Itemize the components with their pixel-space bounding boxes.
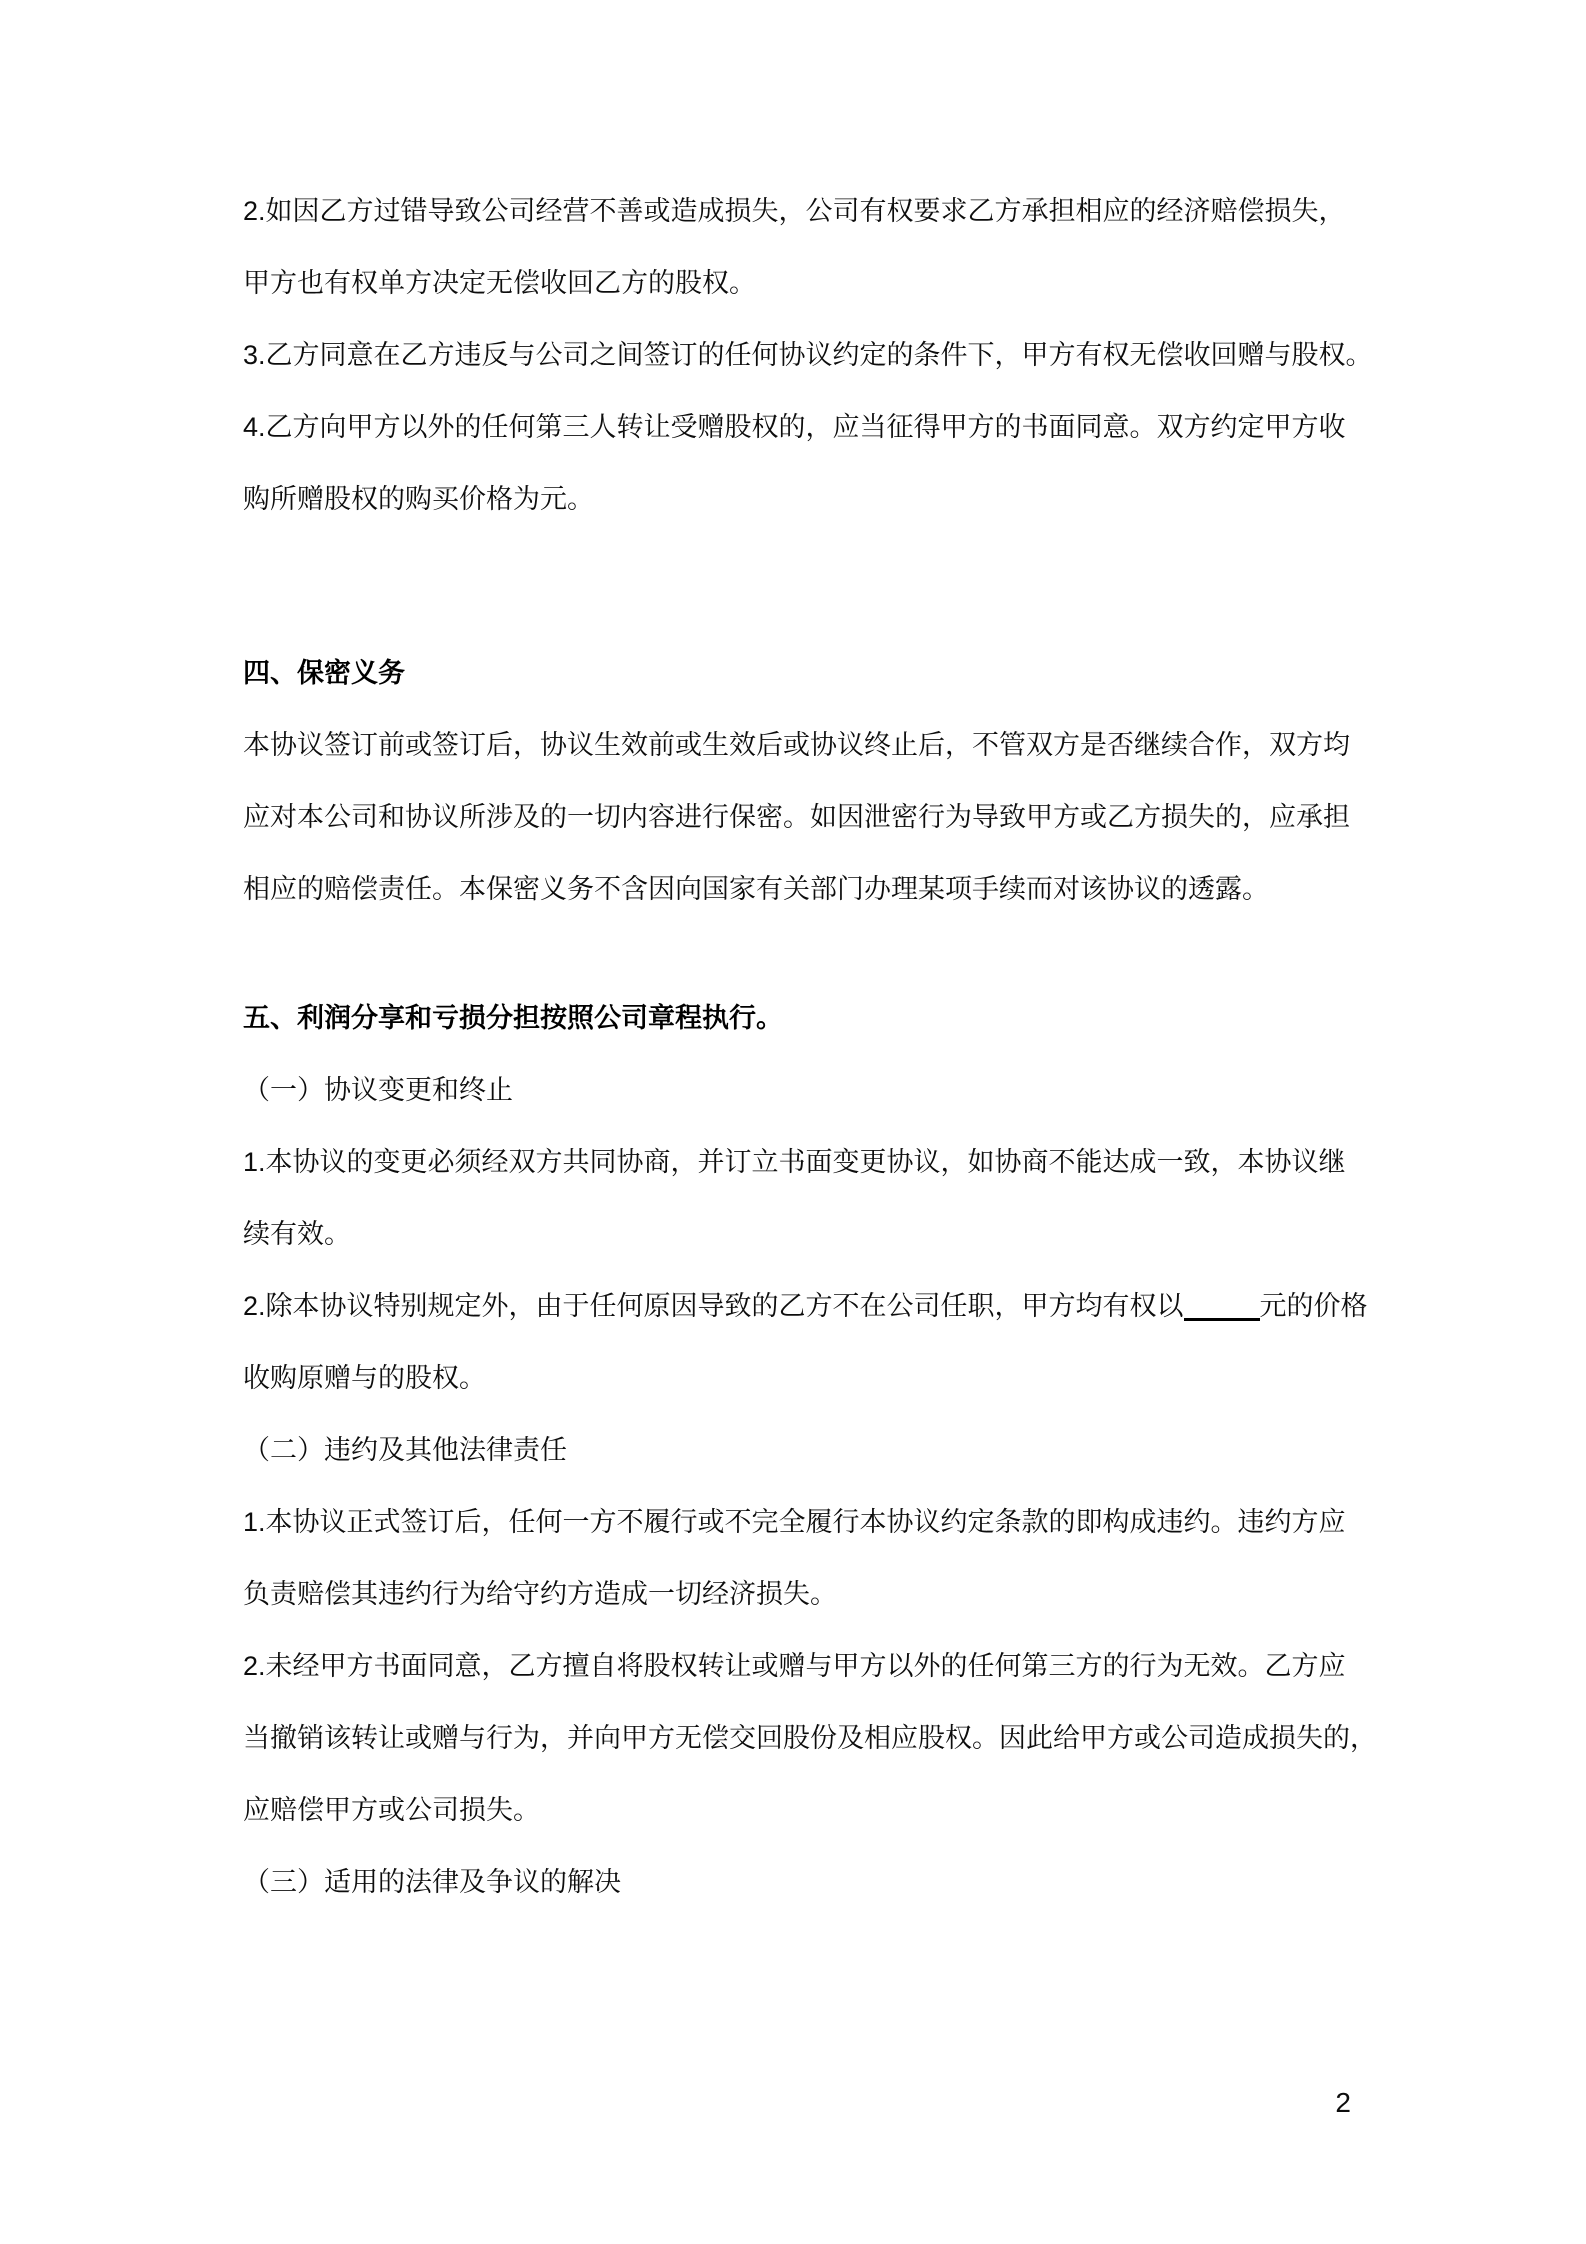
- sub-heading: （三）适用的法律及争议的解决: [243, 1846, 1355, 1918]
- text-line: 2.未经甲方书面同意，乙方擅自将股权转让或赠与甲方以外的任何第三方的行为无效。乙…: [243, 1630, 1355, 1702]
- text-line: 负责赔偿其违约行为给守约方造成一切经济损失。: [243, 1558, 1355, 1630]
- section-heading: 四、保密义务: [243, 637, 1355, 709]
- document-body: 2.如因乙方过错导致公司经营不善或造成损失，公司有权要求乙方承担相应的经济赔偿损…: [243, 175, 1355, 1918]
- text-line: 2.除本协议特别规定外，由于任何原因导致的乙方不在公司任职，甲方均有权以元的价格: [243, 1270, 1355, 1342]
- text-line: 本协议签订前或签订后，协议生效前或生效后或协议终止后，不管双方是否继续合作，双方…: [243, 709, 1355, 781]
- document-page: 2.如因乙方过错导致公司经营不善或造成损失，公司有权要求乙方承担相应的经济赔偿损…: [0, 0, 1586, 2244]
- text-segment: 2.除本协议特别规定外，由于任何原因导致的乙方不在公司任职，甲方均有权以: [243, 1291, 1184, 1321]
- text-line: 续有效。: [243, 1198, 1355, 1270]
- text-line: 应对本公司和协议所涉及的一切内容进行保密。如因泄密行为导致甲方或乙方损失的，应承…: [243, 781, 1355, 853]
- text-line: 当撤销该转让或赠与行为，并向甲方无偿交回股份及相应股权。因此给甲方或公司造成损失…: [243, 1702, 1355, 1774]
- text-line: 1.本协议的变更必须经双方共同协商，并订立书面变更协议，如协商不能达成一致，本协…: [243, 1126, 1355, 1198]
- text-line: 1.本协议正式签订后，任何一方不履行或不完全履行本协议约定条款的即构成违约。违约…: [243, 1486, 1355, 1558]
- page-number: 2: [243, 2083, 1351, 2123]
- text-line: 2.如因乙方过错导致公司经营不善或造成损失，公司有权要求乙方承担相应的经济赔偿损…: [243, 175, 1355, 247]
- text-line: 甲方也有权单方决定无偿收回乙方的股权。: [243, 247, 1355, 319]
- text-line: 购所赠股权的购买价格为元。: [243, 463, 1355, 535]
- text-line: 4.乙方向甲方以外的任何第三人转让受赠股权的，应当征得甲方的书面同意。双方约定甲…: [243, 391, 1355, 463]
- text-segment: 元的价格: [1260, 1291, 1368, 1321]
- sub-heading: （一）协议变更和终止: [243, 1054, 1355, 1126]
- text-line: 收购原赠与的股权。: [243, 1342, 1355, 1414]
- text-line: 应赔偿甲方或公司损失。: [243, 1774, 1355, 1846]
- text-line: 3.乙方同意在乙方违反与公司之间签订的任何协议约定的条件下，甲方有权无偿收回赠与…: [243, 319, 1355, 391]
- section-heading: 五、利润分享和亏损分担按照公司章程执行。: [243, 982, 1355, 1054]
- sub-heading: （二）违约及其他法律责任: [243, 1414, 1355, 1486]
- text-line: 相应的赔偿责任。本保密义务不含因向国家有关部门办理某项手续而对该协议的透露。: [243, 853, 1355, 925]
- fill-in-blank-underline: [1184, 1291, 1260, 1321]
